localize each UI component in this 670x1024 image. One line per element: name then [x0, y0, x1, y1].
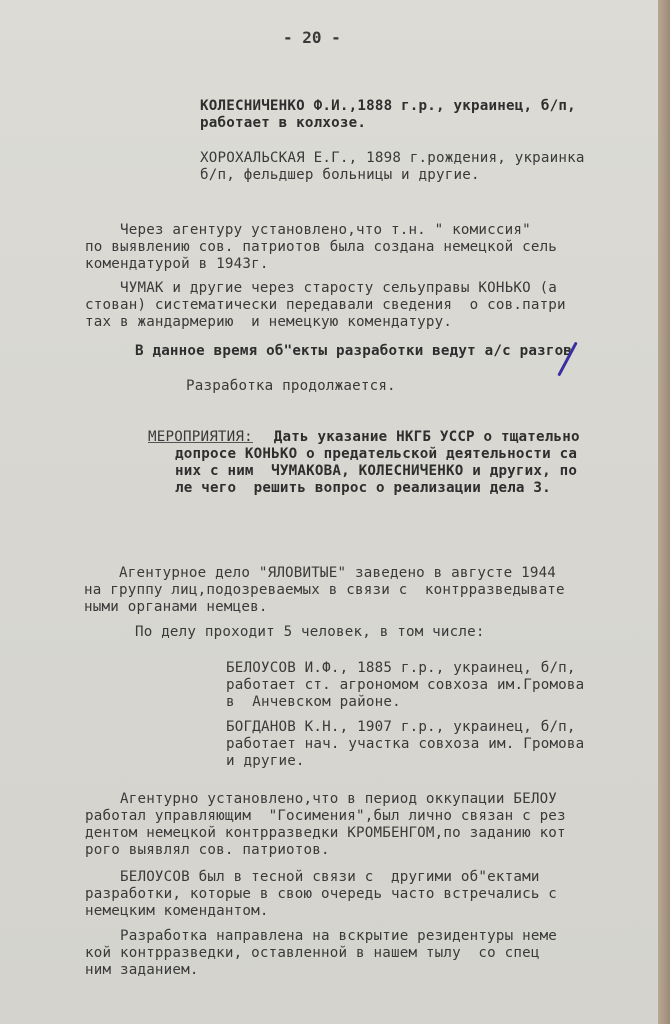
text-line: ним заданием. [85, 962, 199, 978]
text-line: тах в жандармерию и немецкую комендатуру… [85, 314, 452, 330]
text-line: б/п, фельдшер больницы и другие. [200, 167, 480, 183]
page-edge-binding [658, 0, 670, 1024]
text-line: По делу проходит 5 человек, в том числе: [100, 624, 485, 640]
text-line: Дать указание НКГБ УССР о тщательно [265, 429, 580, 445]
text-line: кой контрразведки, оставленной в нашем т… [85, 945, 540, 961]
text-line: работает ст. агрономом совхоза им.Громов… [226, 677, 584, 693]
text-line: рого выявлял сов. патриотов. [85, 842, 330, 858]
typewritten-page: - 20 - КОЛЕСНИЧЕНКО Ф.И.,1888 г.р., укра… [0, 0, 660, 1024]
text-line: Разработка направлена на вскрытие резиде… [85, 928, 557, 944]
text-line: и другие. [226, 753, 305, 769]
text-line: разработки, которые в свою очередь часто… [85, 886, 557, 902]
text-line: допросе КОНЬКО о предательской деятельно… [175, 446, 577, 462]
text-line: ле чего решить вопрос о реализации дела … [175, 480, 551, 496]
text-line: работал управляющим "Госимения",был личн… [85, 808, 566, 824]
text-line: комендатурой в 1943г. [85, 256, 269, 272]
text-line: по выявлению сов. патриотов была создана… [85, 239, 557, 255]
text-line: в Анчевском районе. [226, 694, 401, 710]
text-line: БЕЛОУСОВ был в тесной связи с другими об… [85, 869, 540, 885]
text-line: Агентурное дело "ЯЛОВИТЫЕ" заведено в ав… [84, 565, 556, 581]
text-line: БОГДАНОВ К.Н., 1907 г.р., украинец, б/п, [226, 719, 576, 735]
page-number: - 20 - [283, 28, 341, 47]
text-line: них с ним ЧУМАКОВА, КОЛЕСНИЧЕНКО и други… [175, 463, 577, 479]
text-line: ными органами немцев. [84, 599, 268, 615]
text-line: ХОРОХАЛЬСКАЯ Е.Г., 1898 г.рождения, укра… [200, 150, 585, 166]
text-line: КОЛЕСНИЧЕНКО Ф.И.,1888 г.р., украинец, б… [200, 98, 576, 114]
text-line: ЧУМАК и другие через старосту сельуправы… [85, 280, 557, 296]
text-line: Агентурно установлено,что в период оккуп… [85, 791, 557, 807]
text-line: работает в колхозе. [200, 115, 366, 131]
text-line: работает нач. участка совхоза им. Громов… [226, 736, 584, 752]
text-line: Через агентуру установлено,что т.н. " ко… [85, 222, 531, 238]
text-line: на группу лиц,подозреваемых в связи с ко… [84, 582, 565, 598]
text-line: дентом немецкой контрразведки КРОМБЕНГОМ… [85, 825, 566, 841]
text-line: стован) систематически передавали сведен… [85, 297, 566, 313]
text-line: Разработка продолжается. [186, 378, 396, 394]
text-line: немецким комендантом. [85, 903, 269, 919]
text-line: В данное время об"екты разработки ведут … [100, 343, 572, 359]
section-heading: МЕРОПРИЯТИЯ: [148, 429, 253, 445]
text-line: БЕЛОУСОВ И.Ф., 1885 г.р., украинец, б/п, [226, 660, 576, 676]
